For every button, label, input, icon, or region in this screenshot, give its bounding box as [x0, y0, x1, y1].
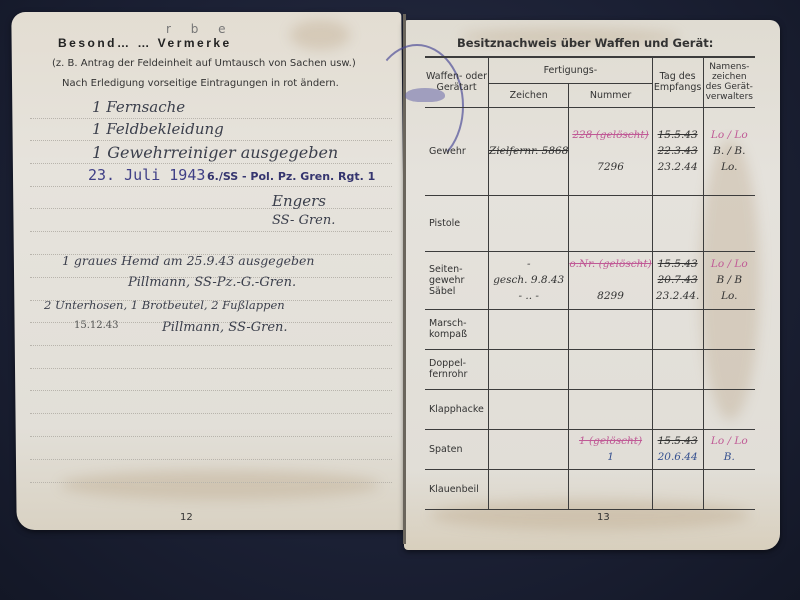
table-row: Klauenbeil — [425, 469, 755, 509]
entry-9: 15.12.43 — [74, 320, 119, 331]
page-number-right: 13 — [597, 512, 610, 523]
stamp-date: 23. Juli 1943 — [88, 166, 205, 184]
entry-10: Pillmann, SS-Gren. — [162, 320, 288, 335]
table-row: Marsch- kompaß — [425, 309, 755, 349]
entry-5: SS- Gren. — [272, 213, 335, 228]
header-number: Nummer — [569, 83, 652, 107]
equipment-table: Waffen- oder Gerätart Fertigungs- Tag de… — [425, 56, 755, 510]
left-page-title: Besond… … Vermerke — [58, 36, 232, 50]
entry-2: 1 Feldbekleidung — [92, 120, 224, 138]
entry-6: 1 graues Hemd am 25.9.43 ausgegeben — [62, 253, 314, 268]
header-item: Waffen- oder Gerätart — [425, 57, 489, 107]
header-mark: Zeichen — [489, 83, 569, 107]
row-item: Marsch- kompaß — [425, 309, 489, 349]
table-row: Pistole — [425, 195, 755, 251]
header-initials: Namens- zeichen des Gerät- verwalters — [703, 57, 755, 107]
entry-1: 1 Fernsache — [92, 98, 185, 116]
stamp-unit: 6./SS - Pol. Pz. Gren. Rgt. 1 — [207, 170, 375, 183]
table-row: Spaten 1 (gelöscht)1 15.5.4320.6.44 Lo /… — [425, 429, 755, 469]
row-item: Klauenbeil — [425, 469, 489, 509]
row-item: Seiten- gewehr Säbel — [425, 251, 489, 309]
entry-4: Engers — [272, 192, 326, 210]
row-item: Gewehr — [425, 107, 489, 195]
row-item: Spaten — [425, 429, 489, 469]
entry-3: 1 Gewehrreiniger ausgegeben — [92, 143, 338, 162]
faded-header: r b e — [166, 22, 234, 36]
row-item: Klapphacke — [425, 389, 489, 429]
header-date: Tag des Empfangs — [652, 57, 703, 107]
entry-7: Pillmann, SS-Pz.-G.-Gren. — [128, 275, 296, 290]
page-number-left: 12 — [180, 512, 193, 523]
right-page-title: Besitznachweis über Waffen und Gerät: — [457, 36, 713, 50]
left-page-12 — [11, 12, 406, 530]
row-item: Doppel- fernrohr — [425, 349, 489, 389]
left-subtitle-2: Nach Erledigung vorseitige Eintragungen … — [62, 78, 339, 89]
table-row: Seiten- gewehr Säbel -gesch. 9.8.43- .. … — [425, 251, 755, 309]
entry-8: 2 Unterhosen, 1 Brotbeutel, 2 Fußlappen — [44, 298, 285, 312]
table-row: Klapphacke — [425, 389, 755, 429]
header-manufacture: Fertigungs- — [489, 57, 653, 83]
table-row: Doppel- fernrohr — [425, 349, 755, 389]
table-row: Gewehr Zielfernr. 5868 228 (gelöscht) 72… — [425, 107, 755, 195]
row-item: Pistole — [425, 195, 489, 251]
left-subtitle-1: (z. B. Antrag der Feldeinheit auf Umtaus… — [52, 58, 356, 69]
